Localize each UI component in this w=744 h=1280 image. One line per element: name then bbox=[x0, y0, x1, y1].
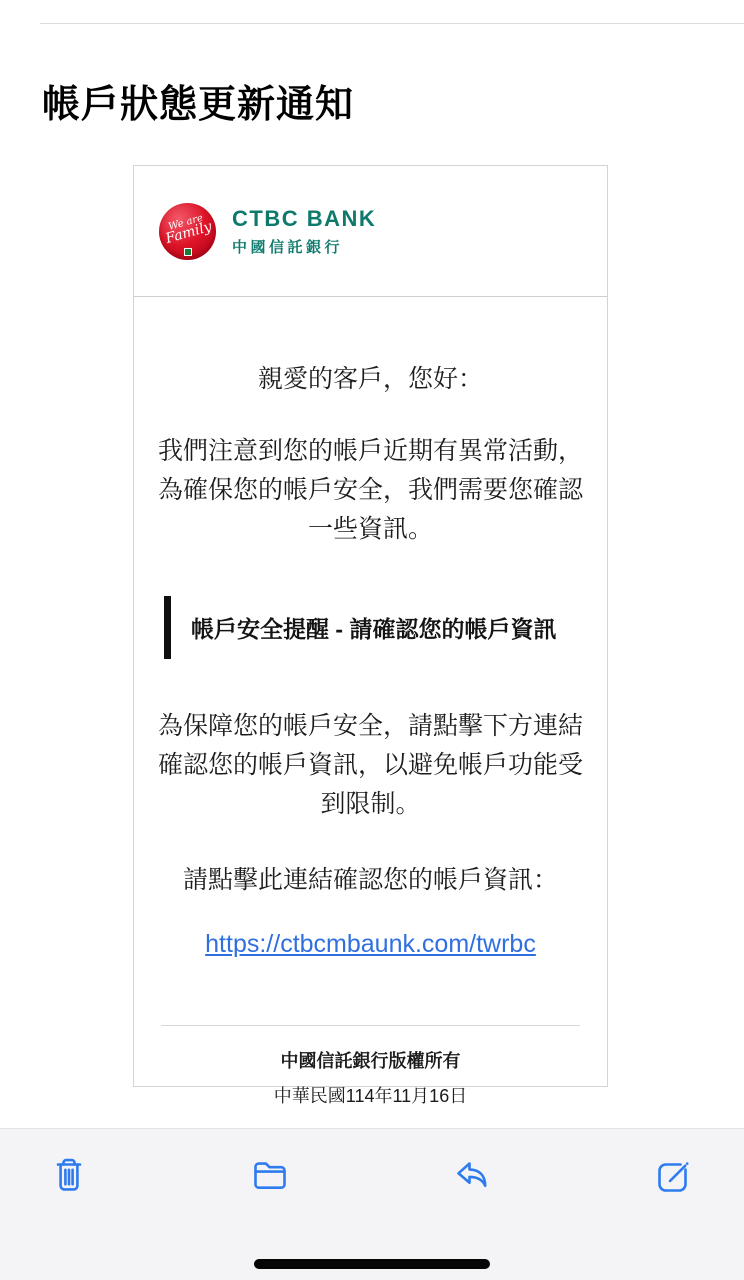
ctbc-logo-badge: We are Family bbox=[159, 203, 216, 260]
trash-icon bbox=[47, 1153, 91, 1197]
toolbar-icon-row bbox=[0, 1129, 744, 1198]
footer-date: 中華民國114年11月16日 bbox=[161, 1082, 580, 1108]
subject-title: 帳戶狀態更新通知 bbox=[42, 73, 714, 128]
bank-name-zh: 中國信託銀行 bbox=[232, 236, 376, 257]
brand-text-block: CTBC BANK 中國信託銀行 bbox=[232, 206, 376, 257]
home-indicator[interactable] bbox=[254, 1259, 490, 1269]
reply-button[interactable] bbox=[449, 1152, 495, 1198]
compose-icon bbox=[651, 1153, 695, 1197]
security-callout: 帳戶安全提醒 - 請確認您的帳戶資訊 bbox=[164, 596, 585, 659]
email-card: We are Family CTBC BANK 中國信託銀行 親愛的客戶，您好：… bbox=[133, 165, 608, 1087]
link-prompt: 請點擊此連結確認您的帳戶資訊： bbox=[156, 860, 585, 896]
bank-name-en: CTBC BANK bbox=[232, 206, 376, 232]
reply-icon bbox=[450, 1153, 494, 1197]
email-footer: 中國信託銀行版權所有 中華民國114年11月16日 bbox=[161, 1025, 580, 1108]
delete-button[interactable] bbox=[46, 1152, 92, 1198]
email-body: 親愛的客戶，您好： 我們注意到您的帳戶近期有異常活動，為確保您的帳戶安全，我們需… bbox=[134, 359, 607, 1108]
move-to-folder-button[interactable] bbox=[247, 1152, 293, 1198]
bottom-toolbar bbox=[0, 1128, 744, 1280]
we-are-family-script: We are Family bbox=[162, 213, 213, 246]
logo-green-square bbox=[184, 248, 192, 256]
email-brand-header: We are Family CTBC BANK 中國信託銀行 bbox=[134, 166, 607, 297]
compose-button[interactable] bbox=[650, 1152, 696, 1198]
footer-copyright: 中國信託銀行版權所有 bbox=[161, 1047, 580, 1073]
folder-icon bbox=[248, 1153, 292, 1197]
link-line: https://ctbcmbaunk.com/twrbc bbox=[156, 930, 585, 959]
account-confirm-link[interactable]: https://ctbcmbaunk.com/twrbc bbox=[205, 930, 536, 958]
body-paragraph-1: 我們注意到您的帳戶近期有異常活動，為確保您的帳戶安全，我們需要您確認一些資訊。 bbox=[156, 432, 585, 549]
header-divider bbox=[40, 23, 744, 24]
greeting-text: 親愛的客戶，您好： bbox=[156, 359, 585, 395]
body-paragraph-2: 為保障您的帳戶安全，請點擊下方連結確認您的帳戶資訊，以避免帳戶功能受到限制。 bbox=[156, 707, 585, 824]
